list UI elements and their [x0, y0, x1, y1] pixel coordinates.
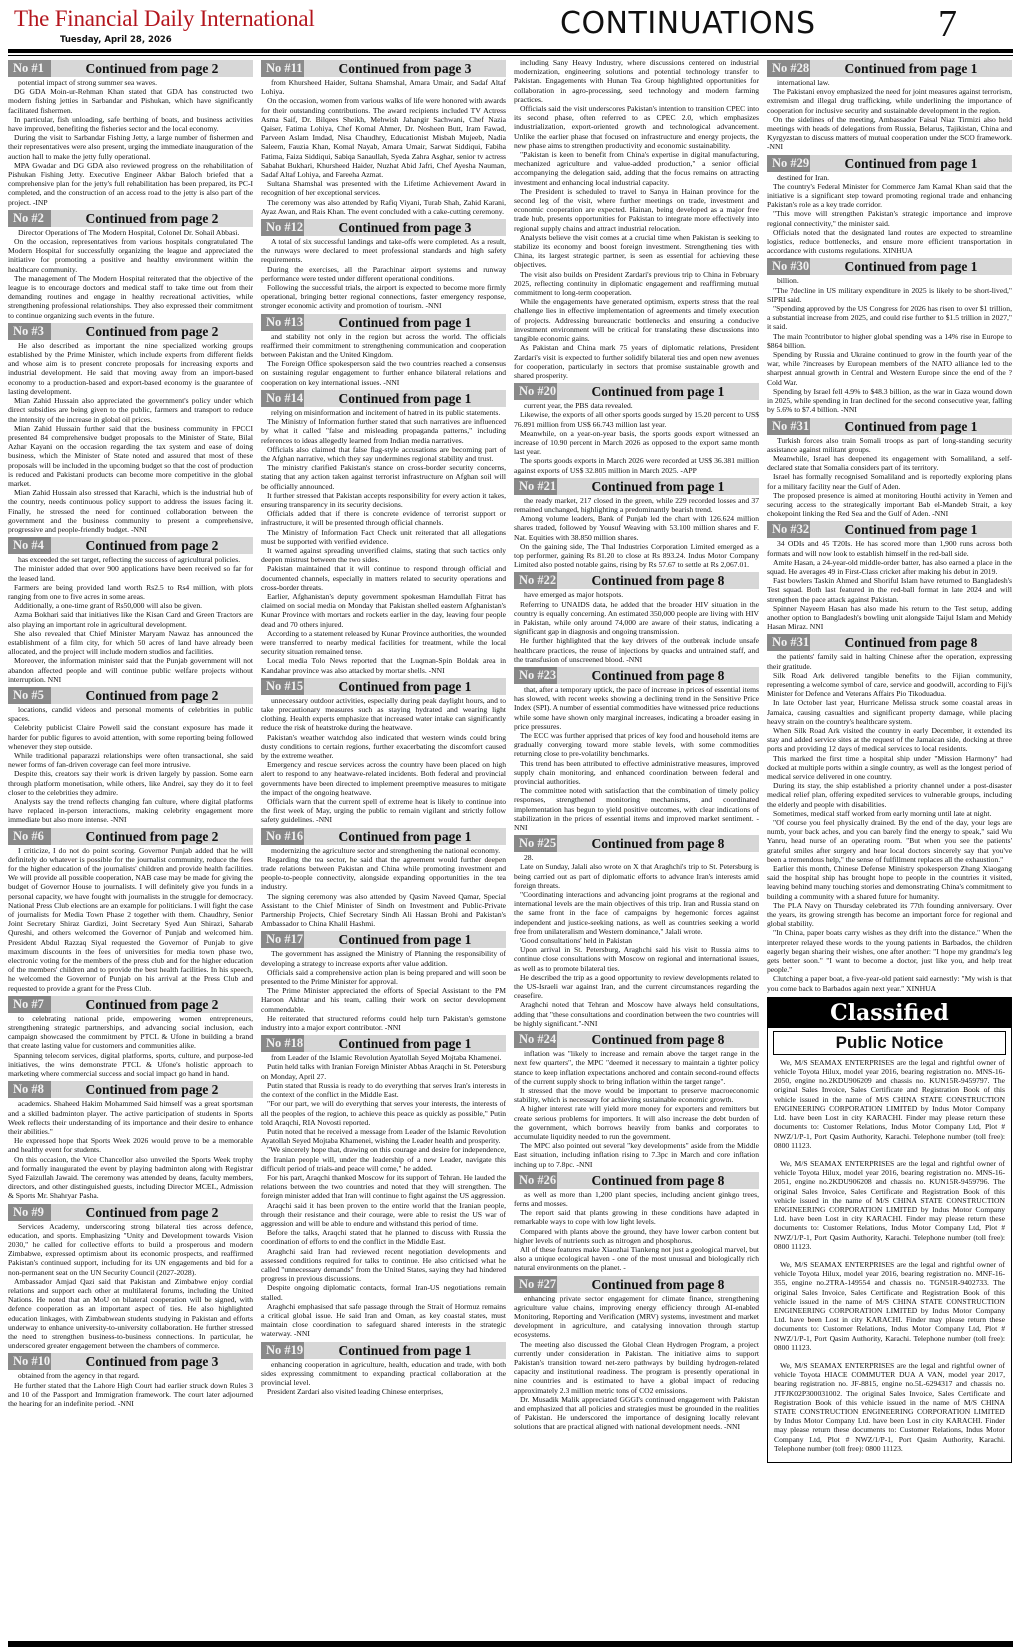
article-number: No #12: [261, 219, 304, 236]
article-header: No #12Continued from page 3: [261, 219, 506, 236]
article-paragraph: The ministry clarified Pakistan's stance…: [261, 463, 506, 491]
article: No #7Continued from page 2to celebrating…: [8, 996, 253, 1078]
article-paragraph: inflation was "likely to increase and re…: [514, 1049, 759, 1086]
article-body: I criticize, I do not do point scoring. …: [8, 846, 253, 993]
article-paragraph: Spending by Russia and Ukraine continued…: [767, 350, 1012, 387]
article-paragraph: to celebrating national pride, empowerin…: [8, 1014, 253, 1051]
article-paragraph: On the gaining side, The Thal Industries…: [514, 542, 759, 570]
article-paragraph: Emergency and rescue services across the…: [261, 760, 506, 797]
article-number: No #3: [8, 323, 51, 340]
article: No #18Continued from page 1from Leader o…: [261, 1035, 506, 1338]
article: No #26Continued from page 8as well as mo…: [514, 1172, 759, 1273]
article-header: No #32Continued from page 1: [767, 521, 1012, 538]
article-paragraph: It stressed that the move would be impor…: [514, 1086, 759, 1104]
article: No #29Continued from page 1destined for …: [767, 155, 1012, 256]
article-paragraph: as well as more than 1,200 plant species…: [514, 1190, 759, 1208]
article: No #25Continued from page 828.Late on Su…: [514, 835, 759, 1028]
article-paragraph: locations, candid videos and personal mo…: [8, 705, 253, 723]
article-paragraph: modernizing the agriculture sector and s…: [261, 846, 506, 855]
article-paragraph: The Prime Minister appreciated the effor…: [261, 986, 506, 1014]
article-paragraph: the patients' family said in halting Chi…: [767, 652, 1012, 670]
public-notice-item: We, M/S SEAMAX ENTERPRISES are the legal…: [768, 1260, 1011, 1352]
continued-from-label: Continued from page 1: [304, 1035, 506, 1052]
article-header: No #27Continued from page 8: [514, 1276, 759, 1293]
article-paragraph: "For our part, we will do everything tha…: [261, 1099, 506, 1127]
continued-from-label: Continued from page 3: [51, 1353, 253, 1370]
article-paragraph: During its stay, the ship established a …: [767, 781, 1012, 809]
article-paragraph: The report said that plants growing in t…: [514, 1208, 759, 1226]
article-body: inflation was "likely to increase and re…: [514, 1049, 759, 1169]
article-header: No #29Continued from page 1: [767, 155, 1012, 172]
article-paragraph: The President is scheduled to travel to …: [514, 187, 759, 233]
continued-from-label: Continued from page 1: [810, 60, 1012, 77]
article-paragraph: Meanwhile, Israel has deepened its engag…: [767, 454, 1012, 472]
continued-from-label: Continued from page 8: [810, 634, 1012, 651]
header-rule-thick: [8, 49, 1013, 53]
continued-from-label: Continued from page 8: [557, 1172, 759, 1189]
article-number: No #20: [514, 383, 557, 400]
article-number: No #26: [514, 1172, 557, 1189]
article-body: A total of six successful landings and t…: [261, 237, 506, 311]
article-paragraph: Referring to UNAIDS data, he added that …: [514, 600, 759, 637]
article-number: No #23: [514, 667, 557, 684]
article-body: to celebrating national pride, empowerin…: [8, 1014, 253, 1078]
article-header: No #4Continued from page 2: [8, 537, 253, 554]
article-paragraph: Silk Road Ark delivered tangible benefit…: [767, 671, 1012, 699]
article-paragraph: Upon arrival in St. Petersburg, Araghchi…: [514, 945, 759, 973]
article-body: international law.The Pakistani envoy em…: [767, 78, 1012, 152]
article-number: No #22: [514, 572, 557, 589]
article-body: current year, the PBS data revealed.Like…: [514, 401, 759, 475]
article-number: No #25: [514, 835, 557, 852]
article-body: The government has assigned the Ministry…: [261, 949, 506, 1032]
article-paragraph: 34 ODIs and 45 T20Is. He has scored more…: [767, 539, 1012, 557]
article-paragraph: destined for Iran.: [767, 173, 1012, 182]
article: No #15Continued from page 1unnecessary o…: [261, 678, 506, 825]
article-paragraph: Putin held talks with Iranian Foreign Mi…: [261, 1062, 506, 1080]
article-body: Turkish forces also train Somali troops …: [767, 436, 1012, 519]
article-paragraph: Services Academy, underscoring strong bi…: [8, 1222, 253, 1277]
article-paragraph: When Silk Road Ark visited the country i…: [767, 726, 1012, 754]
article-paragraph: Meanwhile, on a year-on-year basis, the …: [514, 429, 759, 457]
article-paragraph: Despite this, creators say their work is…: [8, 769, 253, 797]
article-paragraph: "Pakistan is keen to benefit from China'…: [514, 150, 759, 187]
article-number: No #1: [8, 60, 51, 77]
article-columns: No #1Continued from page 2potential impa…: [8, 58, 1013, 1638]
column-4-articles: No #28Continued from page 1international…: [767, 60, 1012, 993]
article-paragraph: enhancing private sector engagement for …: [514, 1294, 759, 1340]
article-paragraph: Clutching a paper boat, a five-year-old …: [767, 974, 1012, 992]
article-paragraph: Mian Zahid Hussain also appreciated the …: [8, 396, 253, 424]
article-paragraph: The ceremony was also attended by Rafiq …: [261, 198, 506, 216]
article-body: billion."The ?decline in US military exp…: [767, 276, 1012, 414]
article-number: No #27: [514, 1276, 557, 1293]
article-number: No #16: [261, 828, 304, 845]
article-header: No #18Continued from page 1: [261, 1035, 506, 1052]
article-paragraph: Celebrity publicist Claire Powell said t…: [8, 723, 253, 751]
article-paragraph: 'Good consultations' held in Pakistan: [514, 936, 759, 945]
continued-from-label: Continued from page 2: [51, 210, 253, 227]
article-header: No #7Continued from page 2: [8, 996, 253, 1013]
article-paragraph: Dr. Musadik Malik appreciated GGGI's con…: [514, 1395, 759, 1432]
article-paragraph: "The ?decline in US military expenditure…: [767, 286, 1012, 304]
article-paragraph: "Coordinating interactions and advancing…: [514, 890, 759, 936]
article-paragraph: "In China, paper boats carry wishes as t…: [767, 928, 1012, 974]
article: No #24Continued from page 8inflation was…: [514, 1031, 759, 1169]
article-body: modernizing the agriculture sector and s…: [261, 846, 506, 929]
continued-from-label: Continued from page 8: [557, 1031, 759, 1048]
article-paragraph: from Khursheed Haider, Sultana Shamshal,…: [261, 78, 506, 96]
continued-from-label: Continued from page 2: [51, 828, 253, 845]
article-paragraph: academics. Shaheed Hakim Mohammed Said h…: [8, 1099, 253, 1136]
article-header: No #2Continued from page 2: [8, 210, 253, 227]
article-number: No #32: [767, 521, 810, 538]
article-header: No #5Continued from page 2: [8, 687, 253, 704]
article-paragraph: Israel has formally recognised Somalilan…: [767, 472, 1012, 490]
continued-from-label: Continued from page 1: [304, 314, 506, 331]
article-paragraph: Additionally, a one-time grant of Rs50,0…: [8, 601, 253, 610]
article-body: and stability not only in the region but…: [261, 332, 506, 387]
article-paragraph: He expressed hope that Sports Week 2026 …: [8, 1136, 253, 1154]
article: No #17Continued from page 1The governmen…: [261, 931, 506, 1032]
article-paragraph: Officials also claimed that false flag-s…: [261, 445, 506, 463]
article-header: No #20Continued from page 1: [514, 383, 759, 400]
article-paragraph: On the sidelines of the meeting, Ambassa…: [767, 115, 1012, 152]
continued-from-label: Continued from page 1: [810, 155, 1012, 172]
article-header: No #14Continued from page 1: [261, 390, 506, 407]
article-number: No #10: [8, 1353, 51, 1370]
article-body: 28.Late on Sunday, Jalali also wrote on …: [514, 853, 759, 1028]
article-paragraph: A higher interest rate will yield more m…: [514, 1104, 759, 1141]
article-paragraph: "Of course you feel physically drained. …: [767, 818, 1012, 864]
section-title: CONTINUATIONS: [560, 6, 816, 41]
article: No #13Continued from page 1and stability…: [261, 314, 506, 387]
article: No #30Continued from page 1billion."The …: [767, 258, 1012, 414]
article-body: obtained from the agency in that regard.…: [8, 1371, 253, 1408]
article-body: the patients' family said in halting Chi…: [767, 652, 1012, 993]
article-number: No #17: [261, 931, 304, 948]
article-paragraph: "Spending approved by the US Congress fo…: [767, 304, 1012, 332]
article-paragraph: including Sany Heavy Industry, where dis…: [514, 58, 759, 104]
public-notice-heading: Public Notice: [773, 1031, 1006, 1055]
article-paragraph: He further stated that the Lahore High C…: [8, 1381, 253, 1409]
article-paragraph: Fast bowlers Taskin Ahmed and Shoriful I…: [767, 576, 1012, 604]
article-paragraph: Regarding the tea sector, he said that t…: [261, 855, 506, 892]
column-2: No #11Continued from page 3from Khurshee…: [261, 58, 506, 1638]
article: No #27Continued from page 8enhancing pri…: [514, 1276, 759, 1432]
article-body: Services Academy, underscoring strong bi…: [8, 1222, 253, 1351]
article-paragraph: The Ministry of Information Fact Check u…: [261, 528, 506, 546]
article-paragraph: As Pakistan and China mark 75 years of d…: [514, 343, 759, 380]
article: No #22Continued from page 8have emerged …: [514, 572, 759, 664]
continued-from-label: Continued from page 1: [304, 390, 506, 407]
article-number: No #24: [514, 1031, 557, 1048]
article-header: No #13Continued from page 1: [261, 314, 506, 331]
continued-from-label: Continued from page 1: [810, 418, 1012, 435]
continued-from-label: Continued from page 1: [557, 478, 759, 495]
article-body: 34 ODIs and 45 T20Is. He has scored more…: [767, 539, 1012, 631]
column-1: No #1Continued from page 2potential impa…: [8, 58, 253, 1638]
article-number: No #11: [261, 60, 304, 77]
article-paragraph: DG GDA Moin-ur-Rehman Khan stated that G…: [8, 87, 253, 115]
article-paragraph: It further stressed that Pakistan accept…: [261, 491, 506, 509]
article-paragraph: The committee noted with satisfaction th…: [514, 786, 759, 832]
article-paragraph: MPA Gwadar and DG GDA also reviewed prog…: [8, 161, 253, 207]
article-paragraph: billion.: [767, 276, 1012, 285]
page-number: 7: [938, 2, 957, 46]
continued-from-label: Continued from page 2: [51, 687, 253, 704]
article: No #14Continued from page 1relying on mi…: [261, 390, 506, 675]
article: No #6Continued from page 2I criticize, I…: [8, 828, 253, 993]
article-paragraph: I criticize, I do not do point scoring. …: [8, 846, 253, 993]
article-number: No #15: [261, 678, 304, 695]
continued-from-label: Continued from page 2: [51, 537, 253, 554]
article-paragraph: The visit also builds on President Zarda…: [514, 270, 759, 298]
article-body: Director Operations of The Modern Hospit…: [8, 228, 253, 320]
article-paragraph: Sometimes, medical staff worked from ear…: [767, 809, 1012, 818]
article-header: No #21Continued from page 1: [514, 478, 759, 495]
article-paragraph: from Leader of the Islamic Revolution Ay…: [261, 1053, 506, 1062]
article-paragraph: The Foreign Office spokesperson said the…: [261, 359, 506, 387]
article-header: No #9Continued from page 2: [8, 1204, 253, 1221]
article-header: No #19Continued from page 1: [261, 1342, 506, 1359]
article-paragraph: The signing ceremony was also attended b…: [261, 892, 506, 929]
article-paragraph: Officials warn that the current spell of…: [261, 797, 506, 825]
article-paragraph: international law.: [767, 78, 1012, 87]
article-header: No #1Continued from page 2: [8, 60, 253, 77]
article-header: No #31Continued from page 1: [767, 418, 1012, 435]
article-paragraph: Araghchi noted that Tehran and Moscow ha…: [514, 1000, 759, 1028]
article-paragraph: The sports goods exports in March 2026 w…: [514, 456, 759, 474]
article-header: No #11Continued from page 3: [261, 60, 506, 77]
article-paragraph: Officials added that if there is concret…: [261, 509, 506, 527]
notice-list: We, M/S SEAMAX ENTERPRISES are the legal…: [768, 1058, 1011, 1453]
article-paragraph: unnecessary outdoor activities, especial…: [261, 696, 506, 733]
article-header: No #6Continued from page 2: [8, 828, 253, 845]
article-paragraph: The country's Federal Minister for Comme…: [767, 182, 1012, 210]
article-body: as well as more than 1,200 plant species…: [514, 1190, 759, 1273]
article-body: potential impact of strong summer sea wa…: [8, 78, 253, 207]
article-paragraph: Ambassador Amjad Qazi said that Pakistan…: [8, 1277, 253, 1351]
article-paragraph: Pakistan's weather watchdog also indicat…: [261, 733, 506, 761]
article-paragraph: For his part, Araqchi thanked Moscow for…: [261, 1173, 506, 1201]
article-number: No #13: [261, 314, 304, 331]
article-paragraph: The meeting also discussed the Global Cl…: [514, 1340, 759, 1395]
classified-heading: Classified: [768, 998, 1011, 1028]
article-body: has exceeded the set target, reflecting …: [8, 555, 253, 684]
article-paragraph: Compared with plants above the ground, t…: [514, 1227, 759, 1245]
article-paragraph: While traditional paparazzi relationship…: [8, 751, 253, 769]
article-paragraph: 28.: [514, 853, 759, 862]
article-number: No #18: [261, 1035, 304, 1052]
article-paragraph: During the visit to Sarbandar Fishing Je…: [8, 133, 253, 161]
article-paragraph: The management of The Modern Hospital re…: [8, 274, 253, 320]
article-paragraph: He further highlighted that the key driv…: [514, 636, 759, 664]
article-paragraph: She also revealed that Chief Minister Ma…: [8, 629, 253, 657]
article-number: No #9: [8, 1204, 51, 1221]
article-header: No #30Continued from page 1: [767, 258, 1012, 275]
article-paragraph: Spending by Israel fell 4.9% to $48.3 bi…: [767, 387, 1012, 415]
article-paragraph: Sultana Shamshal was presented with the …: [261, 179, 506, 197]
article: No #10Continued from page 3obtained from…: [8, 1353, 253, 1408]
article-paragraph: The Pakistani envoy emphasized the need …: [767, 87, 1012, 115]
article: No #3Continued from page 2He also descri…: [8, 323, 253, 534]
article-paragraph: This trend has been attributed to effect…: [514, 759, 759, 787]
article-paragraph: Araqchi said it has been proven to the e…: [261, 1201, 506, 1229]
article-paragraph: Analysts believe the visit comes at a cr…: [514, 233, 759, 270]
article-body: academics. Shaheed Hakim Mohammed Said h…: [8, 1099, 253, 1200]
article-paragraph: Araghchi said Iran had reviewed recent n…: [261, 1247, 506, 1284]
article: No #20Continued from page 1current year,…: [514, 383, 759, 475]
article-header: No #16Continued from page 1: [261, 828, 506, 845]
article: No #16Continued from page 1modernizing t…: [261, 828, 506, 929]
continued-from-label: Continued from page 8: [557, 835, 759, 852]
continued-from-label: Continued from page 1: [810, 521, 1012, 538]
continued-from-label: Continued from page 1: [304, 828, 506, 845]
public-notice-item: We, M/S SEAMAX ENTERPRISES are the legal…: [768, 1058, 1011, 1150]
article-header: No #26Continued from page 8: [514, 1172, 759, 1189]
article-paragraph: Earlier, Afghanistan's deputy government…: [261, 592, 506, 629]
footer-rule: [8, 1641, 1013, 1647]
public-notice-item: We, M/S SEAMAX ENTERPRISES are the legal…: [768, 1159, 1011, 1251]
article-paragraph: On this occasion, the Vice Chancellor al…: [8, 1155, 253, 1201]
article: No #28Continued from page 1international…: [767, 60, 1012, 152]
article: No #1Continued from page 2potential impa…: [8, 60, 253, 207]
continued-from-label: Continued from page 2: [51, 1081, 253, 1098]
article-header: No #10Continued from page 3: [8, 1353, 253, 1370]
article-paragraph: In particular, fish unloading, safe bert…: [8, 115, 253, 133]
article-paragraph: Officials noted that the designated land…: [767, 228, 1012, 256]
article-number: No #30: [767, 258, 810, 275]
article-paragraph: All of these features make Xiaozhai Tian…: [514, 1245, 759, 1273]
article-paragraph: In late October last year, Hurricane Mel…: [767, 698, 1012, 726]
article: No #11Continued from page 3from Khurshee…: [261, 60, 506, 216]
article-header: No #28Continued from page 1: [767, 60, 1012, 77]
article: including Sany Heavy Industry, where dis…: [514, 58, 759, 380]
article-paragraph: The government has assigned the Ministry…: [261, 949, 506, 967]
classified-section: Classified Public Notice We, M/S SEAMAX …: [767, 997, 1012, 1463]
article-paragraph: On the occasion, representatives from va…: [8, 237, 253, 274]
article: No #32Continued from page 134 ODIs and 4…: [767, 521, 1012, 631]
article-paragraph: potential impact of strong summer sea wa…: [8, 78, 253, 87]
article-paragraph: He also described as important the nine …: [8, 341, 253, 396]
article-header: No #25Continued from page 8: [514, 835, 759, 852]
article-paragraph: Officials said the visit underscores Pak…: [514, 104, 759, 150]
article-body: from Leader of the Islamic Revolution Ay…: [261, 1053, 506, 1338]
article-body: destined for Iran.The country's Federal …: [767, 173, 1012, 256]
article-header: No #24Continued from page 8: [514, 1031, 759, 1048]
article-paragraph: "We sincerely hope that, drawing on this…: [261, 1145, 506, 1173]
article-paragraph: Moreover, the information minister said …: [8, 656, 253, 684]
article-paragraph: Putin stated that Russia is ready to do …: [261, 1081, 506, 1099]
article-body: enhancing cooperation in agriculture, he…: [261, 1360, 506, 1397]
article-number: No #29: [767, 155, 810, 172]
article-paragraph: that, after a temporary uptick, the pace…: [514, 685, 759, 731]
article-paragraph: and stability not only in the region but…: [261, 332, 506, 360]
column-4: No #28Continued from page 1international…: [767, 58, 1012, 1638]
article-paragraph: Earlier this month, Chinese Defense Mini…: [767, 864, 1012, 901]
continued-from-label: Continued from page 2: [51, 60, 253, 77]
article: No #8Continued from page 2academics. Sha…: [8, 1081, 253, 1200]
article-paragraph: He reiterated that structured reforms co…: [261, 1014, 506, 1032]
article: No #19Continued from page 1enhancing coo…: [261, 1342, 506, 1397]
article-body: locations, candid videos and personal mo…: [8, 705, 253, 825]
article-number: No #5: [8, 687, 51, 704]
continued-from-label: Continued from page 1: [304, 931, 506, 948]
article-paragraph: According to a statement released by Kun…: [261, 629, 506, 657]
article-paragraph: President Zardari also visited leading C…: [261, 1387, 506, 1396]
article: No #5Continued from page 2locations, can…: [8, 687, 253, 825]
article-paragraph: Araghchi emphasised that safe passage th…: [261, 1302, 506, 1339]
article-header: No #31Continued from page 8: [767, 634, 1012, 651]
article-paragraph: Amite Hasan, a 24-year-old middle-order …: [767, 558, 1012, 576]
article-paragraph: The ECC was further apprised that prices…: [514, 731, 759, 759]
article-number: No #28: [767, 60, 810, 77]
article-body: relying on misinformation and incitement…: [261, 408, 506, 675]
article-body: He also described as important the nine …: [8, 341, 253, 534]
article-paragraph: The minister added that over 900 applica…: [8, 564, 253, 582]
article-paragraph: Late on Sunday, Jalali also wrote on X t…: [514, 862, 759, 890]
article-body: that, after a temporary uptick, the pace…: [514, 685, 759, 832]
article-body: including Sany Heavy Industry, where dis…: [514, 58, 759, 380]
continued-from-label: Continued from page 3: [304, 60, 506, 77]
article: No #4Continued from page 2has exceeded t…: [8, 537, 253, 684]
article-paragraph: Spinner Nayeem Hasan has also made his r…: [767, 604, 1012, 632]
article-paragraph: Officials said a comprehensive action pl…: [261, 968, 506, 986]
article-paragraph: current year, the PBS data revealed.: [514, 401, 759, 410]
continued-from-label: Continued from page 1: [810, 258, 1012, 275]
article-paragraph: This marked the first time a hospital sh…: [767, 754, 1012, 782]
article-paragraph: Spanning telecom services, digital platf…: [8, 1051, 253, 1079]
article-number: No #2: [8, 210, 51, 227]
continued-from-label: Continued from page 8: [557, 572, 759, 589]
continued-from-label: Continued from page 1: [304, 1342, 506, 1359]
article-number: No #7: [8, 996, 51, 1013]
article-paragraph: Mian Zahid Hussain further said that the…: [8, 424, 253, 488]
article-paragraph: Local media Tolo News reported that the …: [261, 656, 506, 674]
article-paragraph: The PLA Navy on Thursday celebrated its …: [767, 901, 1012, 929]
article-paragraph: A total of six successful landings and t…: [261, 237, 506, 265]
article-header: No #3Continued from page 2: [8, 323, 253, 340]
article-paragraph: The main ?contributor to higher global s…: [767, 332, 1012, 350]
article-paragraph: Mian Zahid Hussain also stressed that Ka…: [8, 488, 253, 534]
article-paragraph: Analysts say the trend reflects changing…: [8, 797, 253, 825]
article-paragraph: While the engagements have generated opt…: [514, 297, 759, 343]
article-paragraph: Before the talks, Araqchi stated that he…: [261, 1228, 506, 1246]
article-paragraph: the ready market, 217 closed in the gree…: [514, 496, 759, 514]
article-paragraph: The MPC also pointed out several "key de…: [514, 1141, 759, 1169]
article-header: No #8Continued from page 2: [8, 1081, 253, 1098]
newspaper-title: The Financial Daily International: [14, 6, 315, 32]
article-paragraph: Farmers are being provided land worth Rs…: [8, 583, 253, 601]
article-paragraph: Putin noted that he received a message f…: [261, 1127, 506, 1145]
article-paragraph: "This move will strengthen Pakistan's st…: [767, 209, 1012, 227]
article-paragraph: The Ministry of Information further stat…: [261, 417, 506, 445]
article-header: No #15Continued from page 1: [261, 678, 506, 695]
continued-from-label: Continued from page 2: [51, 1204, 253, 1221]
article-paragraph: Director Operations of The Modern Hospit…: [8, 228, 253, 237]
article-number: No #8: [8, 1081, 51, 1098]
article-paragraph: He described the trip as a good opportun…: [514, 973, 759, 1001]
article-paragraph: It warned against spreading unverified c…: [261, 546, 506, 564]
article-number: No #21: [514, 478, 557, 495]
article: No #21Continued from page 1the ready mar…: [514, 478, 759, 570]
article: No #9Continued from page 2Services Acade…: [8, 1204, 253, 1351]
article-paragraph: obtained from the agency in that regard.: [8, 1371, 253, 1380]
article-paragraph: On the occasion, women from various walk…: [261, 96, 506, 179]
continued-from-label: Continued from page 3: [304, 219, 506, 236]
article-number: No #6: [8, 828, 51, 845]
